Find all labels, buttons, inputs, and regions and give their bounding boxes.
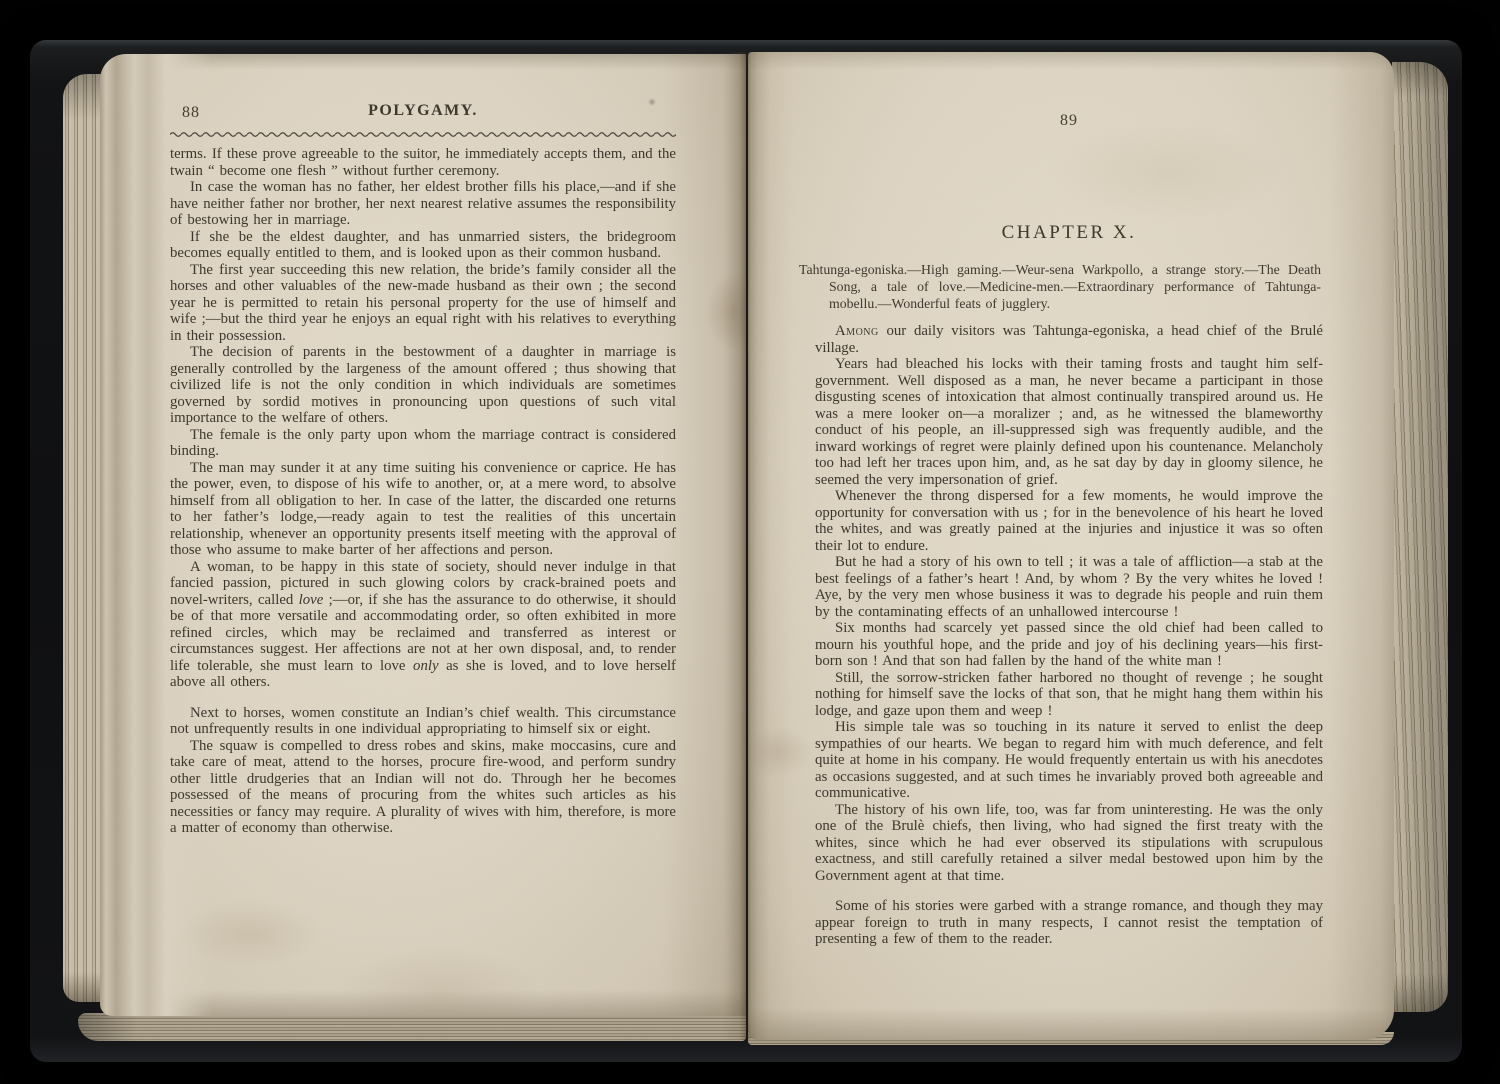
paragraph: Still, the sorrow-stricken father harbor…	[815, 670, 1323, 720]
running-head: POLYGAMY.	[170, 102, 676, 120]
paragraph: In case the woman has no father, her eld…	[170, 179, 676, 229]
paragraph-text: our daily visitors was Tahtunga-egoniska…	[815, 323, 1323, 356]
paragraph: The female is the only party upon whom t…	[170, 427, 676, 460]
paragraph: A woman, to be happy in this state of so…	[170, 559, 676, 691]
paragraph: Whenever the throng dispersed for a few …	[815, 488, 1323, 554]
chapter-synopsis: Tahtunga-egoniska.—High gaming.—Weur-sen…	[799, 262, 1321, 312]
left-page: 88 POLYGAMY. terms. If these prove a	[100, 54, 746, 1016]
left-page-body: terms. If these prove agreeable to the s…	[170, 146, 676, 837]
italic-word: love	[299, 592, 324, 608]
paragraph: The first year succeeding this new relat…	[170, 262, 676, 345]
right-fore-edge-pages	[1392, 62, 1448, 1012]
paragraph: Among our daily visitors was Tahtunga-eg…	[815, 323, 1323, 356]
paragraph: The squaw is compelled to dress robes an…	[170, 738, 676, 837]
paragraph: Years had bleached his locks with their …	[815, 356, 1323, 488]
paragraph: Six months had scarcely yet passed since…	[815, 620, 1323, 670]
page-number-right: 89	[815, 112, 1323, 130]
lead-word-smallcaps: Among	[835, 323, 879, 339]
photo-background: 88 POLYGAMY. terms. If these prove a	[0, 0, 1500, 1084]
bottom-page-edges-left	[78, 1013, 746, 1041]
page-number-left: 88	[182, 104, 200, 122]
paragraph: If she be the eldest daughter, and has u…	[170, 229, 676, 262]
paragraph: The history of his own life, too, was fa…	[815, 802, 1323, 885]
paragraph: The decision of parents in the bestowmen…	[170, 344, 676, 427]
left-page-header: 88 POLYGAMY.	[170, 102, 676, 124]
chapter-heading: CHAPTER X.	[815, 222, 1323, 244]
paragraph: terms. If these prove agreeable to the s…	[170, 146, 676, 179]
paragraph: His simple tale was so touching in its n…	[815, 719, 1323, 802]
paragraph: Some of his stories were garbed with a s…	[815, 898, 1323, 948]
right-page-body: Among our daily visitors was Tahtunga-eg…	[815, 323, 1323, 948]
paragraph: Next to horses, women constitute an Indi…	[170, 705, 676, 738]
wavy-rule-divider	[170, 130, 676, 139]
paragraph: But he had a story of his own to tell ; …	[815, 554, 1323, 620]
paragraph: The man may sunder it at any time suitin…	[170, 460, 676, 559]
italic-word: only	[413, 658, 438, 674]
right-page: 89 CHAPTER X. Tahtunga-egoniska.—High ga…	[748, 52, 1394, 1040]
